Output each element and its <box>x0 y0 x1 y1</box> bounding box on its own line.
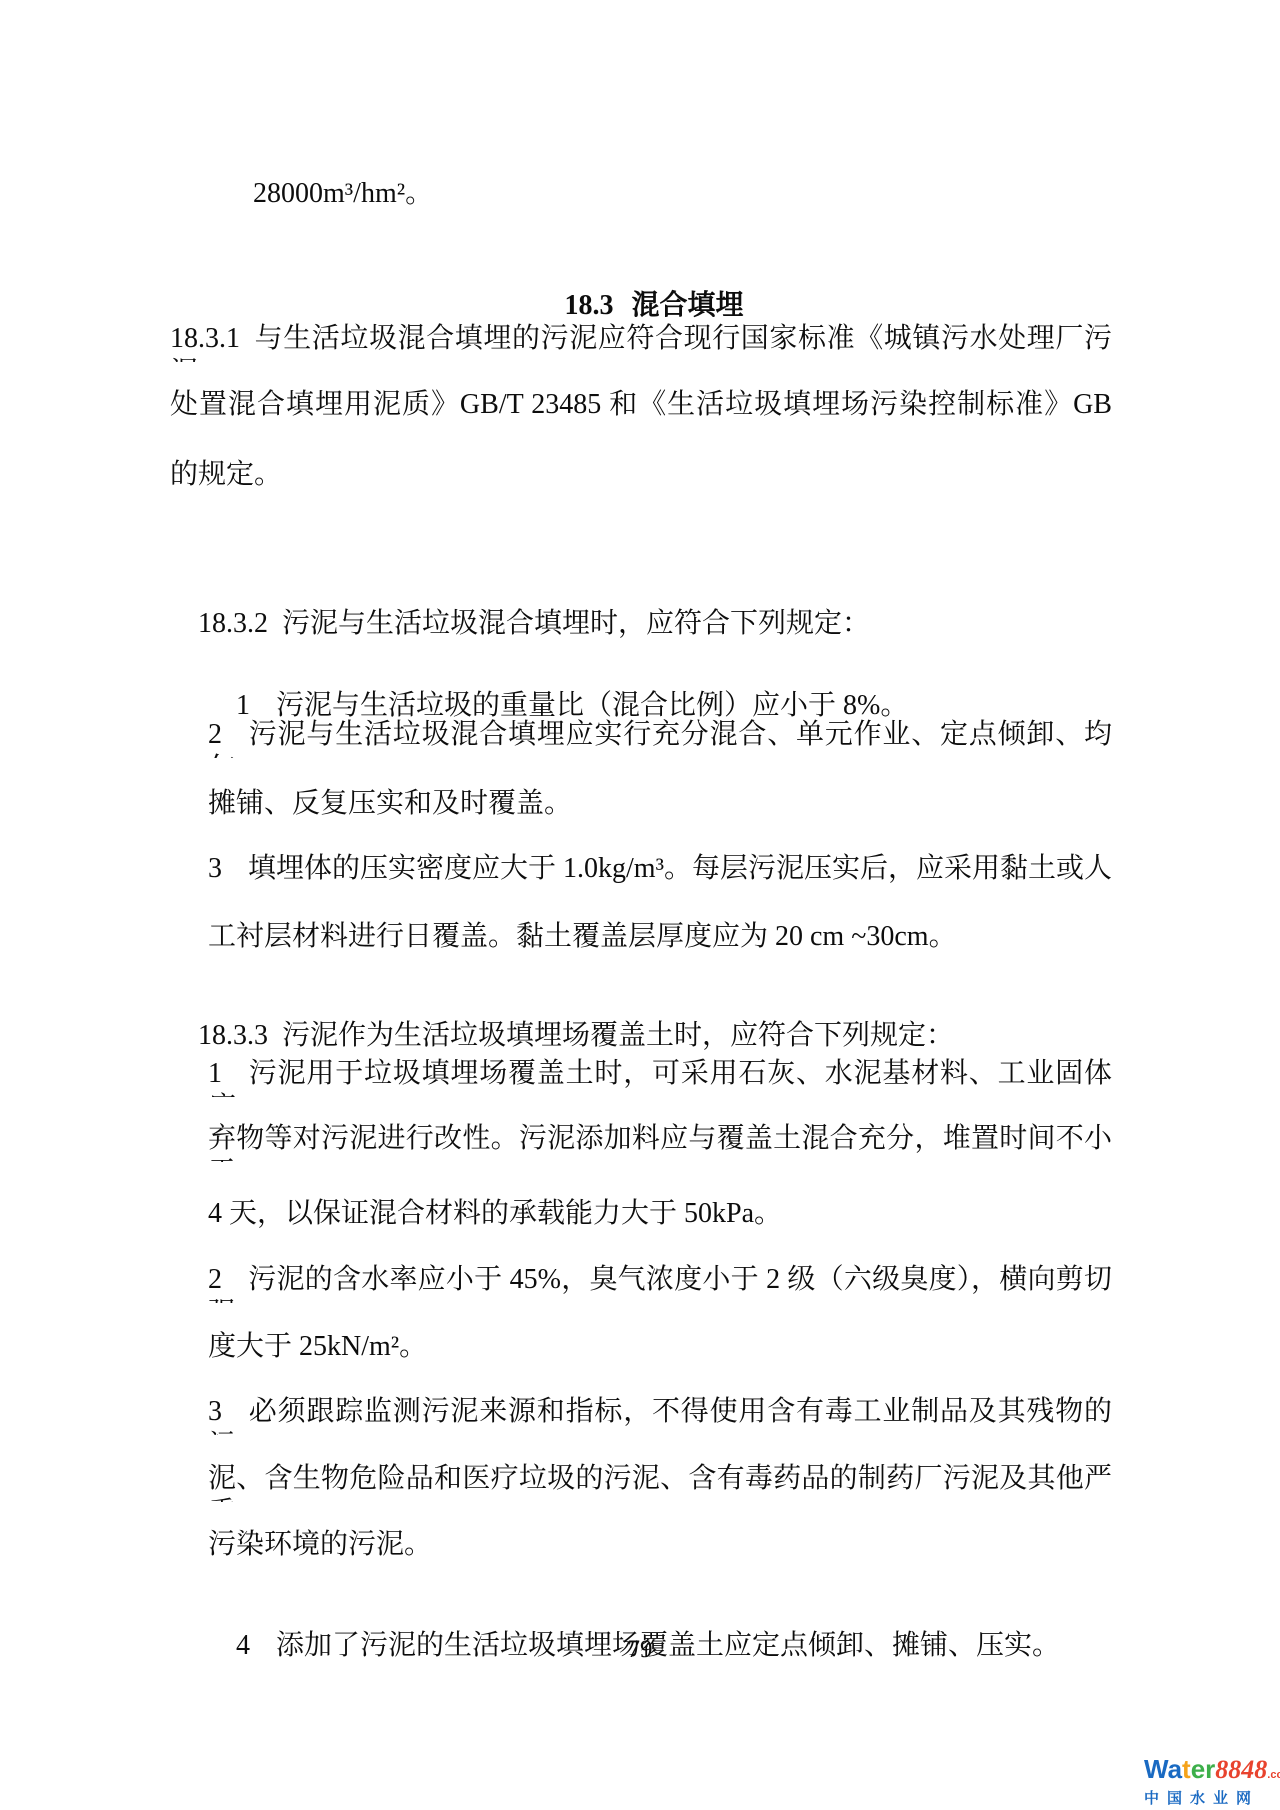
clause-18-3-2-item-3-line-2: 工衬层材料进行日覆盖。黏土覆盖层厚度应为 20 cm ~30cm。 <box>208 920 957 954</box>
item-number: 3 <box>208 853 222 884</box>
clause-18-3-3-item-2-line-1: 2污泥的含水率应小于 45%，臭气浓度小于 2 级（六级臭度），横向剪切强 <box>208 1263 1112 1303</box>
clause-18-3-3-item-1-line-2: 弃物等对污泥进行改性。污泥添加料应与覆盖土混合充分，堆置时间不小于 <box>208 1122 1112 1162</box>
item-text: 污泥的含水率应小于 45%，臭气浓度小于 2 级（六级臭度），横向剪切强 <box>208 1264 1112 1303</box>
watermark-brand: Water8848.com <box>1144 1756 1280 1788</box>
item-number: 1 <box>236 690 250 721</box>
item-number: 3 <box>208 1396 222 1427</box>
clause-number: 18.3.2 <box>198 608 268 639</box>
clause-18-3-1-line-1: 18.3.1与生活垃圾混合填埋的污泥应符合现行国家标准《城镇污水处理厂污泥 <box>170 322 1112 362</box>
watermark-subtitle: 中国水业网 <box>1144 1790 1280 1808</box>
clause-text: 污泥与生活垃圾混合填埋时，应符合下列规定： <box>282 608 870 639</box>
clause-18-3-3-item-3-line-3: 污染环境的污泥。 <box>208 1528 432 1562</box>
section-heading-number: 18.3 <box>564 290 613 321</box>
brand-letters-green: er <box>1191 1754 1216 1784</box>
item-text: 污泥与生活垃圾混合填埋应实行充分混合、单元作业、定点倾卸、均匀 <box>208 719 1112 758</box>
opening-value-line: 28000m³/hm²。 <box>253 177 433 211</box>
clause-18-3-1-line-2: 处置混合填埋用泥质》GB/T 23485 和《生活垃圾填埋场污染控制标准》GB … <box>170 388 1112 428</box>
item-text: 填埋体的压实密度应大于 1.0kg/m³。每层污泥压实后，应采用黏土或人 <box>248 853 1112 884</box>
item-text: 污泥与生活垃圾的重量比（混合比例）应小于 8%。 <box>276 690 908 721</box>
brand-number: 8848 <box>1215 1755 1267 1784</box>
clause-number: 18.3.3 <box>198 1020 268 1051</box>
item-text: 污泥用于垃圾填埋场覆盖土时，可采用石灰、水泥基材料、工业固体废 <box>208 1058 1112 1097</box>
clause-text: 污泥作为生活垃圾填埋场覆盖土时，应符合下列规定： <box>282 1020 954 1051</box>
clause-18-3-2-item-2-line-2: 摊铺、反复压实和及时覆盖。 <box>208 787 572 821</box>
clause-18-3-2-item-3-line-1: 3填埋体的压实密度应大于 1.0kg/m³。每层污泥压实后，应采用黏土或人 <box>208 852 1112 892</box>
item-text: 必须跟踪监测污泥来源和指标，不得使用含有毒工业制品及其残物的污 <box>208 1396 1112 1435</box>
section-heading-title: 混合填埋 <box>631 290 743 321</box>
watermark-logo: Water8848.com 中国水业网 <box>1144 1756 1280 1808</box>
clause-18-3-3-item-3-line-1: 3必须跟踪监测污泥来源和指标，不得使用含有毒工业制品及其残物的污 <box>208 1395 1112 1435</box>
clause-number: 18.3.1 <box>170 323 240 354</box>
clause-18-3-3-item-1-line-1: 1污泥用于垃圾填埋场覆盖土时，可采用石灰、水泥基材料、工业固体废 <box>208 1057 1112 1097</box>
clause-18-3-3-item-2-line-2: 度大于 25kN/m²。 <box>208 1330 427 1364</box>
document-page: 28000m³/hm²。 18.3混合填埋 18.3.1与生活垃圾混合填埋的污泥… <box>0 0 1280 1810</box>
brand-letters-orange: t <box>1182 1754 1191 1784</box>
clause-18-3-1-line-3: 的规定。 <box>170 458 282 492</box>
brand-suffix: .com <box>1267 1769 1280 1781</box>
clause-18-3-2-item-2-line-1: 2污泥与生活垃圾混合填埋应实行充分混合、单元作业、定点倾卸、均匀 <box>208 718 1112 758</box>
item-number: 1 <box>208 1058 222 1089</box>
page-number: 79 <box>0 1636 1280 1664</box>
clause-18-3-3-item-3-line-2: 泥、含生物危险品和医疗垃圾的污泥、含有毒药品的制药厂污泥及其他严重 <box>208 1462 1112 1502</box>
item-number: 2 <box>208 1264 222 1295</box>
item-number: 2 <box>208 719 222 750</box>
brand-letters-blue: Wa <box>1144 1754 1182 1784</box>
clause-18-3-3-item-1-line-3: 4 天，以保证混合材料的承载能力大于 50kPa。 <box>208 1197 782 1231</box>
clause-text: 与生活垃圾混合填埋的污泥应符合现行国家标准《城镇污水处理厂污泥 <box>170 323 1112 362</box>
